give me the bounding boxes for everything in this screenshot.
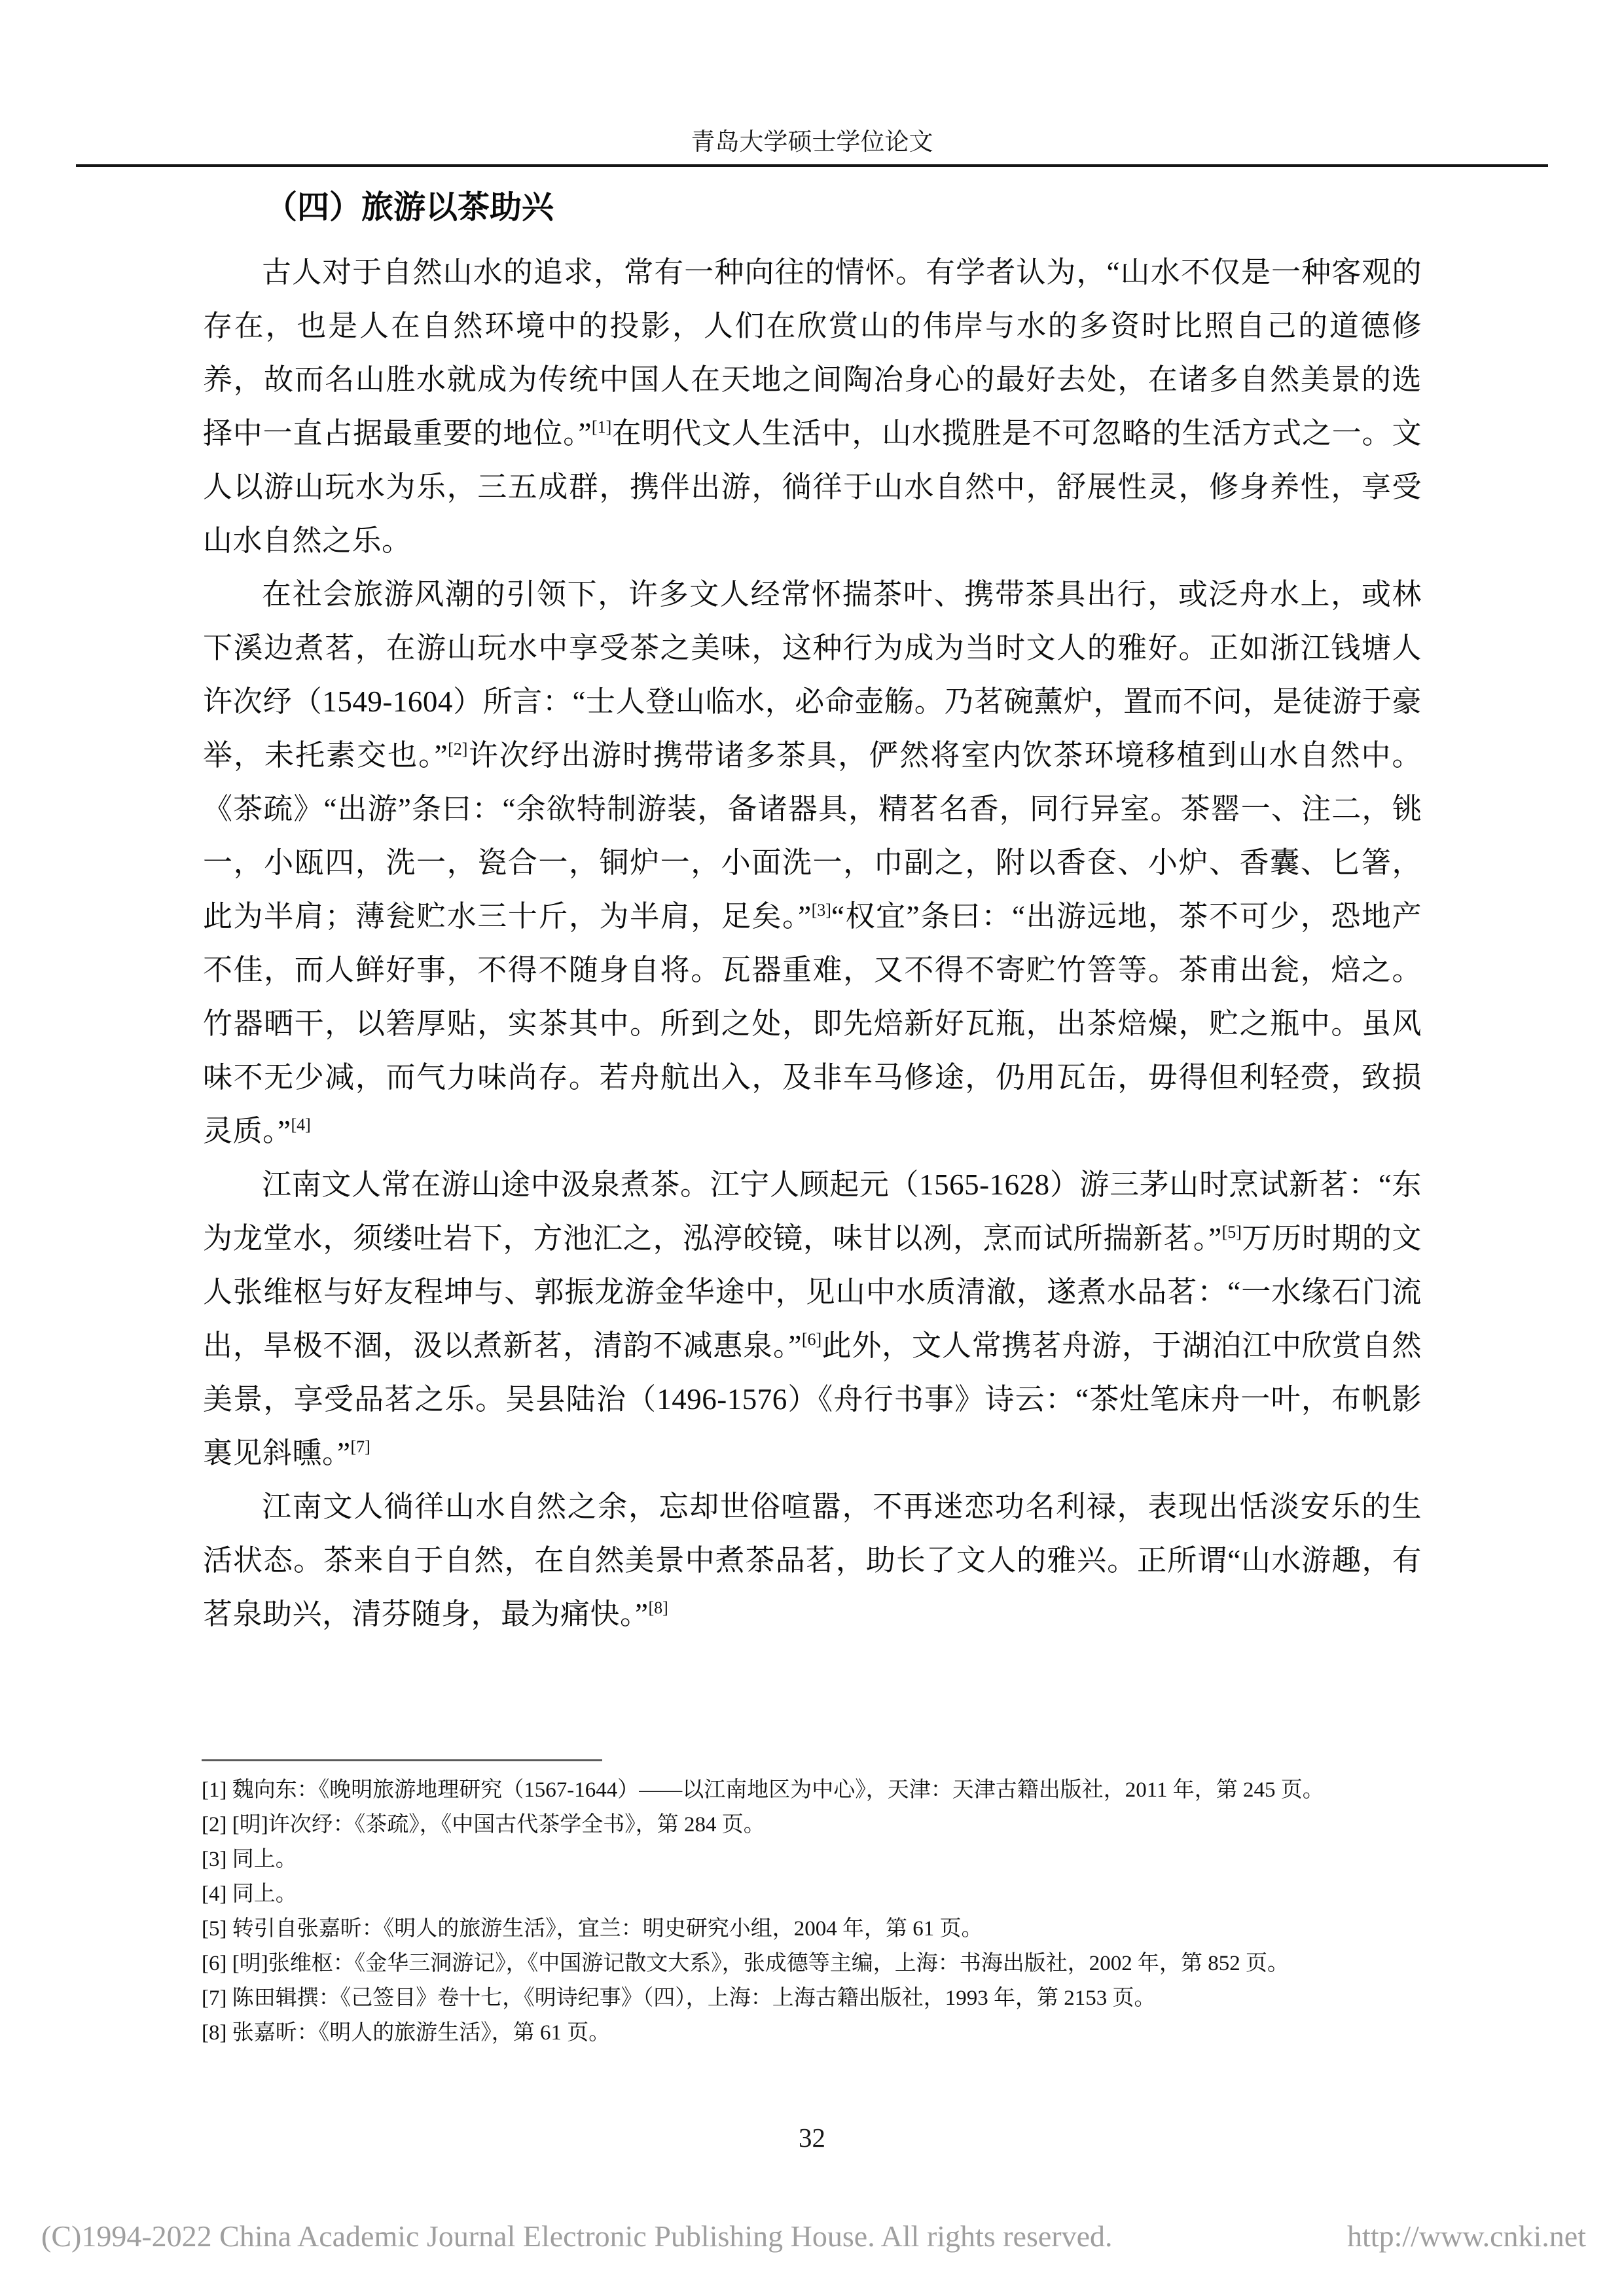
cnki-watermark: (C)1994-2022 China Academic Journal Elec… — [41, 2219, 1586, 2253]
footnote-item: [4] 同上。 — [202, 1877, 1432, 1912]
footnote-list: [1] 魏向东：《晚明旅游地理研究（1567-1644）——以江南地区为中心》，… — [202, 1773, 1432, 2051]
watermark-copyright-text: (C)1994-2022 China Academic Journal Elec… — [41, 2219, 1113, 2253]
footnote-item: [2] [明]许次纾：《茶疏》，《中国古代茶学全书》，第 284 页。 — [202, 1808, 1432, 1842]
footnote-separator — [202, 1759, 602, 1761]
thesis-page: 青岛大学硕士学位论文 （四）旅游以茶助兴 古人对于自然山水的追求，常有一种向往的… — [0, 0, 1624, 2296]
footnote-ref: [3] — [812, 901, 831, 920]
footnote-item: [6] [明]张维枢：《金华三洞游记》，《中国游记散文大系》，张成德等主编，上海… — [202, 1946, 1432, 1981]
watermark-url: http://www.cnki.net — [1347, 2219, 1586, 2253]
body-paragraph: 江南文人徜徉山水自然之余，忘却世俗喧嚣，不再迷恋功名利禄，表现出恬淡安乐的生活状… — [203, 1480, 1422, 1641]
footnote-item: [7] 陈田辑撰：《己签目》卷十七，《明诗纪事》（四），上海：上海古籍出版社，1… — [202, 1981, 1432, 2016]
footnote-ref: [4] — [291, 1115, 310, 1134]
body-paragraph: 古人对于自然山水的追求，常有一种向往的情怀。有学者认为，“山水不仅是一种客观的存… — [203, 245, 1422, 567]
page-number: 32 — [0, 2122, 1624, 2153]
page-content: （四）旅游以茶助兴 古人对于自然山水的追求，常有一种向往的情怀。有学者认为，“山… — [203, 188, 1422, 1641]
body-paragraph: 江南文人常在游山途中汲泉煮茶。江宁人顾起元（1565-1628）游三茅山时烹试新… — [203, 1158, 1422, 1480]
header-rule — [76, 164, 1548, 167]
footnote-item: [3] 同上。 — [202, 1842, 1432, 1877]
footnote-ref: [2] — [448, 740, 467, 759]
footnotes-block: [1] 魏向东：《晚明旅游地理研究（1567-1644）——以江南地区为中心》，… — [202, 1759, 1432, 2051]
footnote-ref: [6] — [802, 1330, 821, 1349]
footnote-ref: [8] — [648, 1598, 668, 1617]
body-paragraphs: 古人对于自然山水的追求，常有一种向往的情怀。有学者认为，“山水不仅是一种客观的存… — [203, 245, 1422, 1641]
footnote-ref: [5] — [1222, 1223, 1242, 1242]
footnote-ref: [7] — [350, 1437, 370, 1456]
footnote-item: [8] 张嘉昕：《明人的旅游生活》，第 61 页。 — [202, 2016, 1432, 2051]
footnote-item: [5] 转引自张嘉昕：《明人的旅游生活》，宜兰：明史研究小组，2004 年，第 … — [202, 1912, 1432, 1946]
footnote-ref: [1] — [592, 418, 611, 437]
footnote-item: [1] 魏向东：《晚明旅游地理研究（1567-1644）——以江南地区为中心》，… — [202, 1773, 1432, 1808]
body-paragraph: 在社会旅游风潮的引领下，许多文人经常怀揣茶叶、携带茶具出行，或泛舟水上，或林下溪… — [203, 567, 1422, 1158]
section-heading: （四）旅游以茶助兴 — [265, 188, 1422, 227]
page-header-title: 青岛大学硕士学位论文 — [0, 128, 1624, 157]
